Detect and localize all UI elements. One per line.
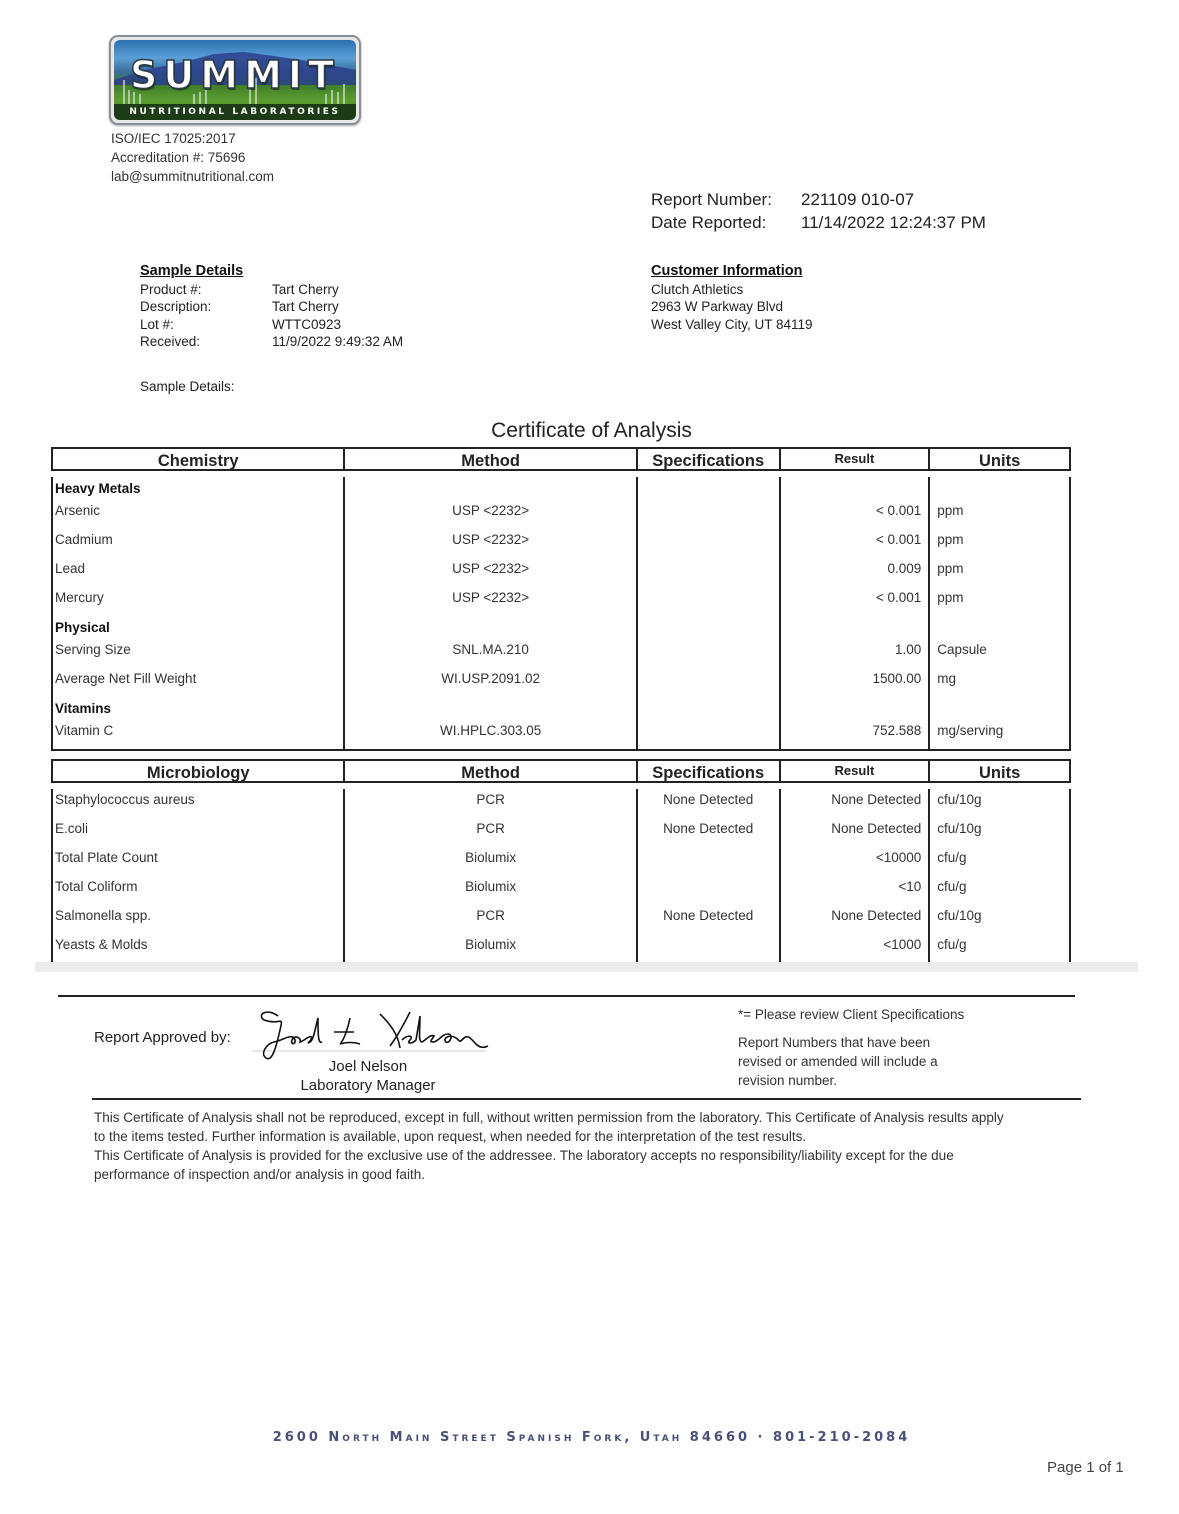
logo-tagline: NUTRITIONAL LABORATORIES <box>114 104 356 120</box>
spec-note: *= Please review Client Specifications <box>738 1005 964 1024</box>
specification-cell <box>638 477 781 500</box>
units-cell: cfu/10g <box>930 818 1069 847</box>
signer-title: Laboratory Manager <box>268 1076 468 1095</box>
result-cell: <10000 <box>781 847 931 876</box>
table-row: LeadUSP <2232>0.009ppm <box>53 558 1069 587</box>
accreditation-number: Accreditation #: 75696 <box>111 148 274 167</box>
customer-information: Customer Information Clutch Athletics 29… <box>651 263 813 333</box>
test-name-cell: Arsenic <box>53 500 345 529</box>
result-cell: 752.588 <box>781 720 931 749</box>
table-row: CadmiumUSP <2232>< 0.001ppm <box>53 529 1069 558</box>
test-name-cell: Mercury <box>53 587 345 616</box>
specification-cell <box>638 587 781 616</box>
result-cell: <10 <box>781 876 931 905</box>
disclaimer-paragraph-2: This Certificate of Analysis is provided… <box>94 1146 1074 1184</box>
header-result: Result <box>781 449 931 469</box>
table-row: MercuryUSP <2232>< 0.001ppm <box>53 587 1069 616</box>
specification-cell <box>638 558 781 587</box>
specification-cell <box>638 934 781 963</box>
test-name-cell: Average Net Fill Weight <box>53 668 345 697</box>
header-chemistry: Chemistry <box>53 449 345 469</box>
date-reported-label: Date Reported: <box>651 211 801 234</box>
result-cell: None Detected <box>781 905 931 934</box>
revision-note-line: Report Numbers that have been <box>738 1035 930 1050</box>
specification-cell: None Detected <box>638 818 781 847</box>
result-cell: None Detected <box>781 818 931 847</box>
method-cell: SNL.MA.210 <box>345 639 637 668</box>
specification-cell: None Detected <box>638 789 781 818</box>
method-cell <box>345 477 637 500</box>
report-notes: *= Please review Client Specifications R… <box>738 1005 964 1099</box>
lab-info: ISO/IEC 17025:2017 Accreditation #: 7569… <box>111 129 274 186</box>
method-cell: USP <2232> <box>345 558 637 587</box>
iso-standard: ISO/IEC 17025:2017 <box>111 129 274 148</box>
customer-heading: Customer Information <box>651 263 813 281</box>
certificate-title: Certificate of Analysis <box>0 419 1179 443</box>
specification-cell <box>638 500 781 529</box>
revision-note: Report Numbers that have been revised or… <box>738 1033 964 1090</box>
specification-cell <box>638 668 781 697</box>
header-microbiology: Microbiology <box>53 761 345 781</box>
units-cell: cfu/10g <box>930 905 1069 934</box>
result-cell: None Detected <box>781 789 931 818</box>
test-name-cell: Cadmium <box>53 529 345 558</box>
lab-address-footer: 2600 North Main Street Spanish Fork, Uta… <box>0 1430 1179 1445</box>
table-group-row: Physical <box>53 616 1069 639</box>
specification-cell <box>638 720 781 749</box>
units-cell <box>930 616 1069 639</box>
lot-label: Lot #: <box>140 316 272 334</box>
specification-cell <box>638 639 781 668</box>
microbiology-table-body: Staphylococcus aureusPCRNone DetectedNon… <box>51 789 1071 965</box>
received-value: 11/9/2022 9:49:32 AM <box>272 333 403 351</box>
table-row: Yeasts & MoldsBiolumix<1000cfu/g <box>53 934 1069 963</box>
units-cell: cfu/g <box>930 876 1069 905</box>
result-cell: 1.00 <box>781 639 931 668</box>
disclaimer-line: to the items tested. Further information… <box>94 1129 806 1144</box>
logo-wordmark: SUMMIT <box>114 53 356 97</box>
header-units: Units <box>930 761 1069 781</box>
table-row: Serving SizeSNL.MA.2101.00Capsule <box>53 639 1069 668</box>
table-group-row: Vitamins <box>53 697 1069 720</box>
product-label: Product #: <box>140 281 272 299</box>
test-name-cell: Serving Size <box>53 639 345 668</box>
description-value: Tart Cherry <box>272 298 339 316</box>
method-cell <box>345 616 637 639</box>
table-row: Total Plate CountBiolumix<10000cfu/g <box>53 847 1069 876</box>
units-cell: ppm <box>930 529 1069 558</box>
specification-cell <box>638 616 781 639</box>
divider-bottom <box>92 1098 1081 1100</box>
specification-cell <box>638 876 781 905</box>
description-label: Description: <box>140 298 272 316</box>
chemistry-table: Chemistry Method Specifications Result U… <box>51 447 1071 751</box>
disclaimer-line: This Certificate of Analysis shall not b… <box>94 1110 1004 1125</box>
test-name-cell: Total Plate Count <box>53 847 345 876</box>
method-cell: Biolumix <box>345 876 637 905</box>
result-cell: 0.009 <box>781 558 931 587</box>
disclaimer-paragraph-1: This Certificate of Analysis shall not b… <box>94 1108 1074 1146</box>
method-cell <box>345 697 637 720</box>
result-cell: <1000 <box>781 934 931 963</box>
result-cell: < 0.001 <box>781 587 931 616</box>
method-cell: PCR <box>345 818 637 847</box>
customer-address-line2: West Valley City, UT 84119 <box>651 316 813 334</box>
result-cell: 1500.00 <box>781 668 931 697</box>
method-cell: PCR <box>345 789 637 818</box>
units-cell: Capsule <box>930 639 1069 668</box>
test-name-cell: Salmonella spp. <box>53 905 345 934</box>
result-cell <box>781 477 931 500</box>
sample-details-extra-label: Sample Details: <box>140 379 235 394</box>
date-reported: 11/14/2022 12:24:37 PM <box>801 211 986 234</box>
sample-details-heading: Sample Details <box>140 263 403 281</box>
report-number-label: Report Number: <box>651 188 801 211</box>
units-cell: cfu/10g <box>930 789 1069 818</box>
disclaimer-line: This Certificate of Analysis is provided… <box>94 1148 954 1163</box>
lab-email: lab@summitnutritional.com <box>111 167 274 186</box>
test-name-cell: Vitamins <box>53 697 345 720</box>
units-cell: cfu/g <box>930 934 1069 963</box>
signature-image <box>250 1004 490 1064</box>
table-row: Average Net Fill WeightWI.USP.2091.02150… <box>53 668 1069 697</box>
method-cell: USP <2232> <box>345 529 637 558</box>
test-name-cell: Staphylococcus aureus <box>53 789 345 818</box>
test-name-cell: Yeasts & Molds <box>53 934 345 963</box>
revision-note-line: revised or amended will include a <box>738 1054 938 1069</box>
header-result: Result <box>781 761 931 781</box>
table-row: Total ColiformBiolumix<10cfu/g <box>53 876 1069 905</box>
test-name-cell: Total Coliform <box>53 876 345 905</box>
header-specifications: Specifications <box>638 449 781 469</box>
received-label: Received: <box>140 333 272 351</box>
test-name-cell: Vitamin C <box>53 720 345 749</box>
test-name-cell: Lead <box>53 558 345 587</box>
header-units: Units <box>930 449 1069 469</box>
table-row: Vitamin CWI.HPLC.303.05752.588mg/serving <box>53 720 1069 749</box>
units-cell: ppm <box>930 558 1069 587</box>
product-value: Tart Cherry <box>272 281 339 299</box>
result-cell: < 0.001 <box>781 500 931 529</box>
units-cell: ppm <box>930 587 1069 616</box>
units-cell: mg <box>930 668 1069 697</box>
method-cell: WI.HPLC.303.05 <box>345 720 637 749</box>
units-cell: ppm <box>930 500 1069 529</box>
table-group-row: Heavy Metals <box>53 477 1069 500</box>
units-cell: mg/serving <box>930 720 1069 749</box>
customer-name: Clutch Athletics <box>651 281 813 299</box>
header-method: Method <box>345 761 637 781</box>
method-cell: USP <2232> <box>345 500 637 529</box>
test-name-cell: E.coli <box>53 818 345 847</box>
chemistry-table-header: Chemistry Method Specifications Result U… <box>51 447 1071 471</box>
report-meta: Report Number: 221109 010-07 Date Report… <box>651 188 986 234</box>
disclaimer: This Certificate of Analysis shall not b… <box>94 1108 1074 1184</box>
signer-block: Joel Nelson Laboratory Manager <box>268 1057 468 1095</box>
report-number: 221109 010-07 <box>801 188 914 211</box>
result-cell <box>781 697 931 720</box>
units-cell <box>930 697 1069 720</box>
method-cell: Biolumix <box>345 934 637 963</box>
test-name-cell: Physical <box>53 616 345 639</box>
table-row: ArsenicUSP <2232>< 0.001ppm <box>53 500 1069 529</box>
summit-logo: SUMMIT NUTRITIONAL LABORATORIES <box>109 35 361 125</box>
specification-cell <box>638 847 781 876</box>
method-cell: WI.USP.2091.02 <box>345 668 637 697</box>
result-cell: < 0.001 <box>781 529 931 558</box>
specification-cell <box>638 529 781 558</box>
table-row: E.coliPCRNone DetectedNone Detectedcfu/1… <box>53 818 1069 847</box>
table-row: Staphylococcus aureusPCRNone DetectedNon… <box>53 789 1069 818</box>
approval-label: Report Approved by: <box>94 1029 231 1046</box>
specification-cell <box>638 697 781 720</box>
method-cell: USP <2232> <box>345 587 637 616</box>
page-number: Page 1 of 1 <box>1047 1459 1124 1476</box>
signer-name: Joel Nelson <box>268 1057 468 1076</box>
result-cell <box>781 616 931 639</box>
specification-cell: None Detected <box>638 905 781 934</box>
method-cell: Biolumix <box>345 847 637 876</box>
section-separator-band <box>35 962 1138 972</box>
lot-value: WTTC0923 <box>272 316 341 334</box>
chemistry-table-body: Heavy MetalsArsenicUSP <2232>< 0.001ppmC… <box>51 477 1071 751</box>
microbiology-table-header: Microbiology Method Specifications Resul… <box>51 759 1071 783</box>
disclaimer-line: performance of inspection and/or analysi… <box>94 1167 425 1182</box>
divider-top <box>58 995 1075 997</box>
header-method: Method <box>345 449 637 469</box>
customer-address-line1: 2963 W Parkway Blvd <box>651 298 813 316</box>
units-cell <box>930 477 1069 500</box>
revision-note-line: revision number. <box>738 1073 837 1088</box>
microbiology-table: Microbiology Method Specifications Resul… <box>51 759 1071 965</box>
test-name-cell: Heavy Metals <box>53 477 345 500</box>
table-row: Salmonella spp.PCRNone DetectedNone Dete… <box>53 905 1069 934</box>
units-cell: cfu/g <box>930 847 1069 876</box>
header-specifications: Specifications <box>638 761 781 781</box>
sample-details: Sample Details Product #:Tart Cherry Des… <box>140 263 403 351</box>
method-cell: PCR <box>345 905 637 934</box>
